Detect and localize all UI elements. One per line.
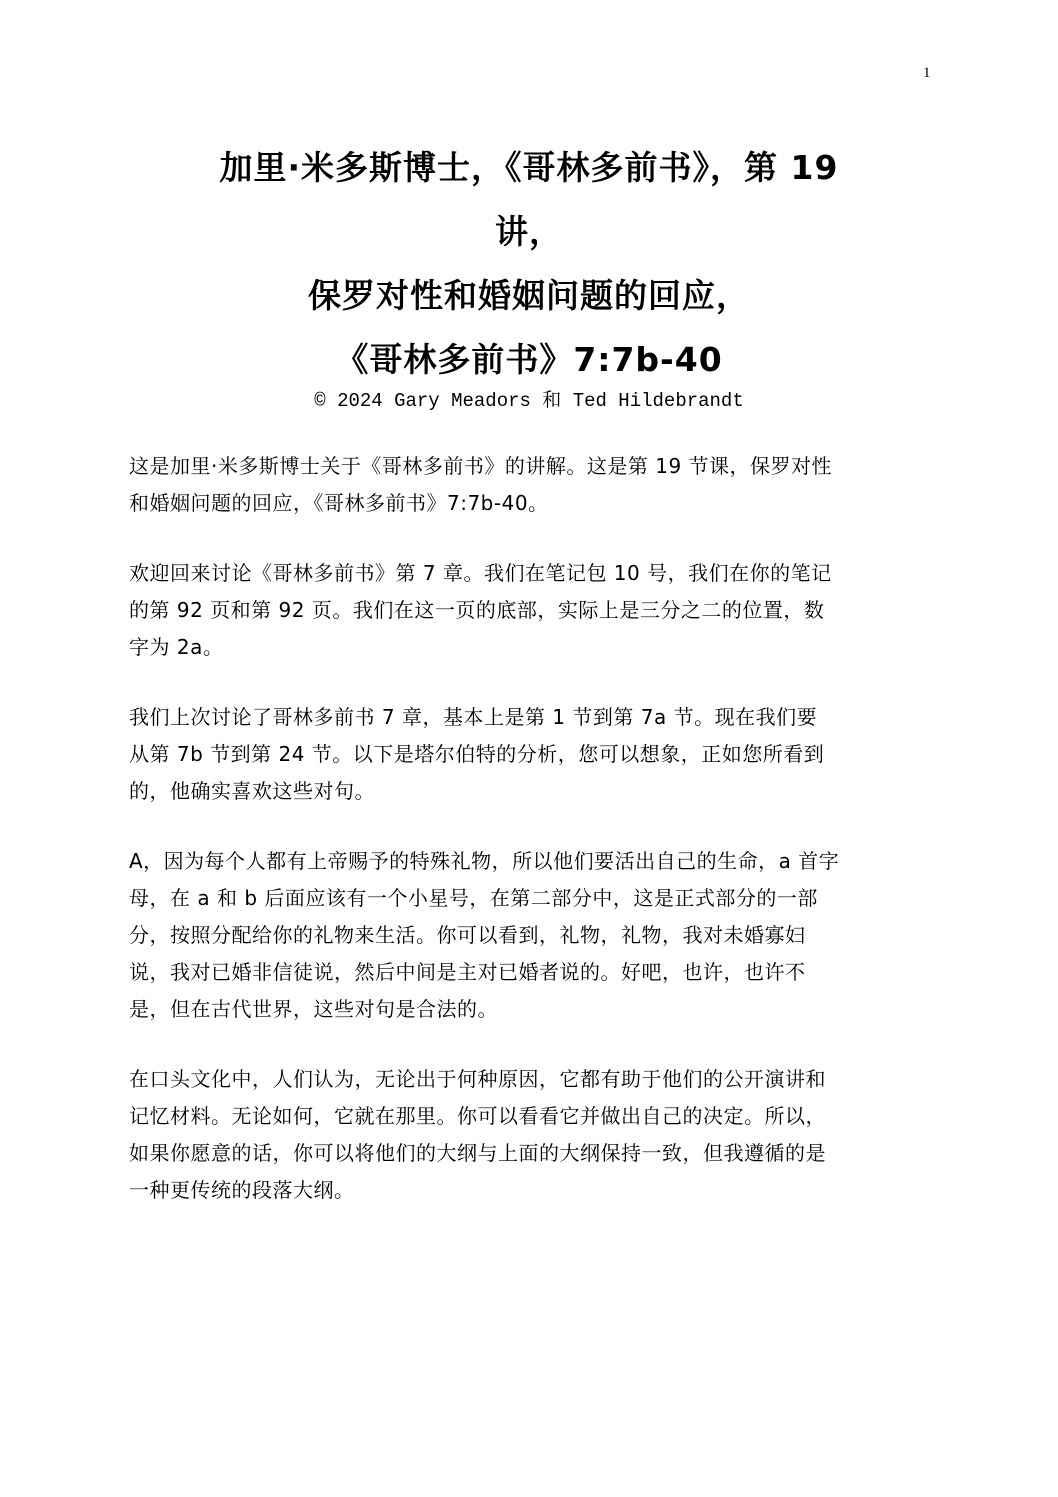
text-line: 和婚姻问题的回应，《哥林多前书》7:7b-40。 [129,485,929,522]
document-title-block: 加里·米多斯博士，《哥林多前书》，第 19 讲， 保罗对性和婚姻问题的回应， 《… [0,136,1058,414]
text-line: 从第 7b 节到第 24 节。以下是塔尔伯特的分析，您可以想象，正如您所看到 [129,736,929,773]
text-line: 的，他确实喜欢这些对句。 [129,773,929,810]
paragraph-welcome: 欢迎回来讨论《哥林多前书》第 7 章。我们在笔记包 10 号，我们在你的笔记 的… [129,555,929,666]
text-line: 母，在 a 和 b 后面应该有一个小星号，在第二部分中，这是正式部分的一部 [129,880,929,917]
paragraph-oral-culture: 在口头文化中，人们认为，无论出于何种原因，它都有助于他们的公开演讲和 记忆材料。… [129,1061,929,1209]
title-line: 加里·米多斯博士，《哥林多前书》，第 19 [0,136,1058,200]
paragraph-gifts: A，因为每个人都有上帝赐予的特殊礼物，所以他们要活出自己的生命，a 首字 母，在… [129,843,929,1028]
text-line: 我们上次讨论了哥林多前书 7 章，基本上是第 1 节到第 7a 节。现在我们要 [129,699,929,736]
text-line: 记忆材料。无论如何，它就在那里。你可以看看它并做出自己的决定。所以， [129,1098,929,1135]
text-line: 字为 2a。 [129,629,929,666]
text-line: 一种更传统的段落大纲。 [129,1172,929,1209]
text-line: A，因为每个人都有上帝赐予的特殊礼物，所以他们要活出自己的生命，a 首字 [129,843,929,880]
paragraph-intro: 这是加里·米多斯博士关于《哥林多前书》的讲解。这是第 19 节课，保罗对性 和婚… [129,448,929,522]
page-number: 1 [923,64,931,82]
text-line: 欢迎回来讨论《哥林多前书》第 7 章。我们在笔记包 10 号，我们在你的笔记 [129,555,929,592]
document-body: 这是加里·米多斯博士关于《哥林多前书》的讲解。这是第 19 节课，保罗对性 和婚… [129,448,929,1242]
text-line: 这是加里·米多斯博士关于《哥林多前书》的讲解。这是第 19 节课，保罗对性 [129,448,929,485]
text-line: 说，我对已婚非信徒说，然后中间是主对已婚者说的。好吧，也许，也许不 [129,954,929,991]
text-line: 是，但在古代世界，这些对句是合法的。 [129,991,929,1028]
text-line: 在口头文化中，人们认为，无论出于何种原因，它都有助于他们的公开演讲和 [129,1061,929,1098]
title-line: 保罗对性和婚姻问题的回应， [0,264,1058,328]
text-line: 分，按照分配给你的礼物来生活。你可以看到，礼物，礼物，我对未婚寡妇 [129,917,929,954]
title-line: 《哥林多前书》7:7b-40 [0,328,1058,392]
text-line: 如果你愿意的话，你可以将他们的大纲与上面的大纲保持一致，但我遵循的是 [129,1135,929,1172]
copyright-notice: © 2024 Gary Meadors 和 Ted Hildebrandt [0,388,1058,414]
text-line: 的第 92 页和第 92 页。我们在这一页的底部，实际上是三分之二的位置，数 [129,592,929,629]
paragraph-recap: 我们上次讨论了哥林多前书 7 章，基本上是第 1 节到第 7a 节。现在我们要 … [129,699,929,810]
title-line: 讲， [0,200,1058,264]
